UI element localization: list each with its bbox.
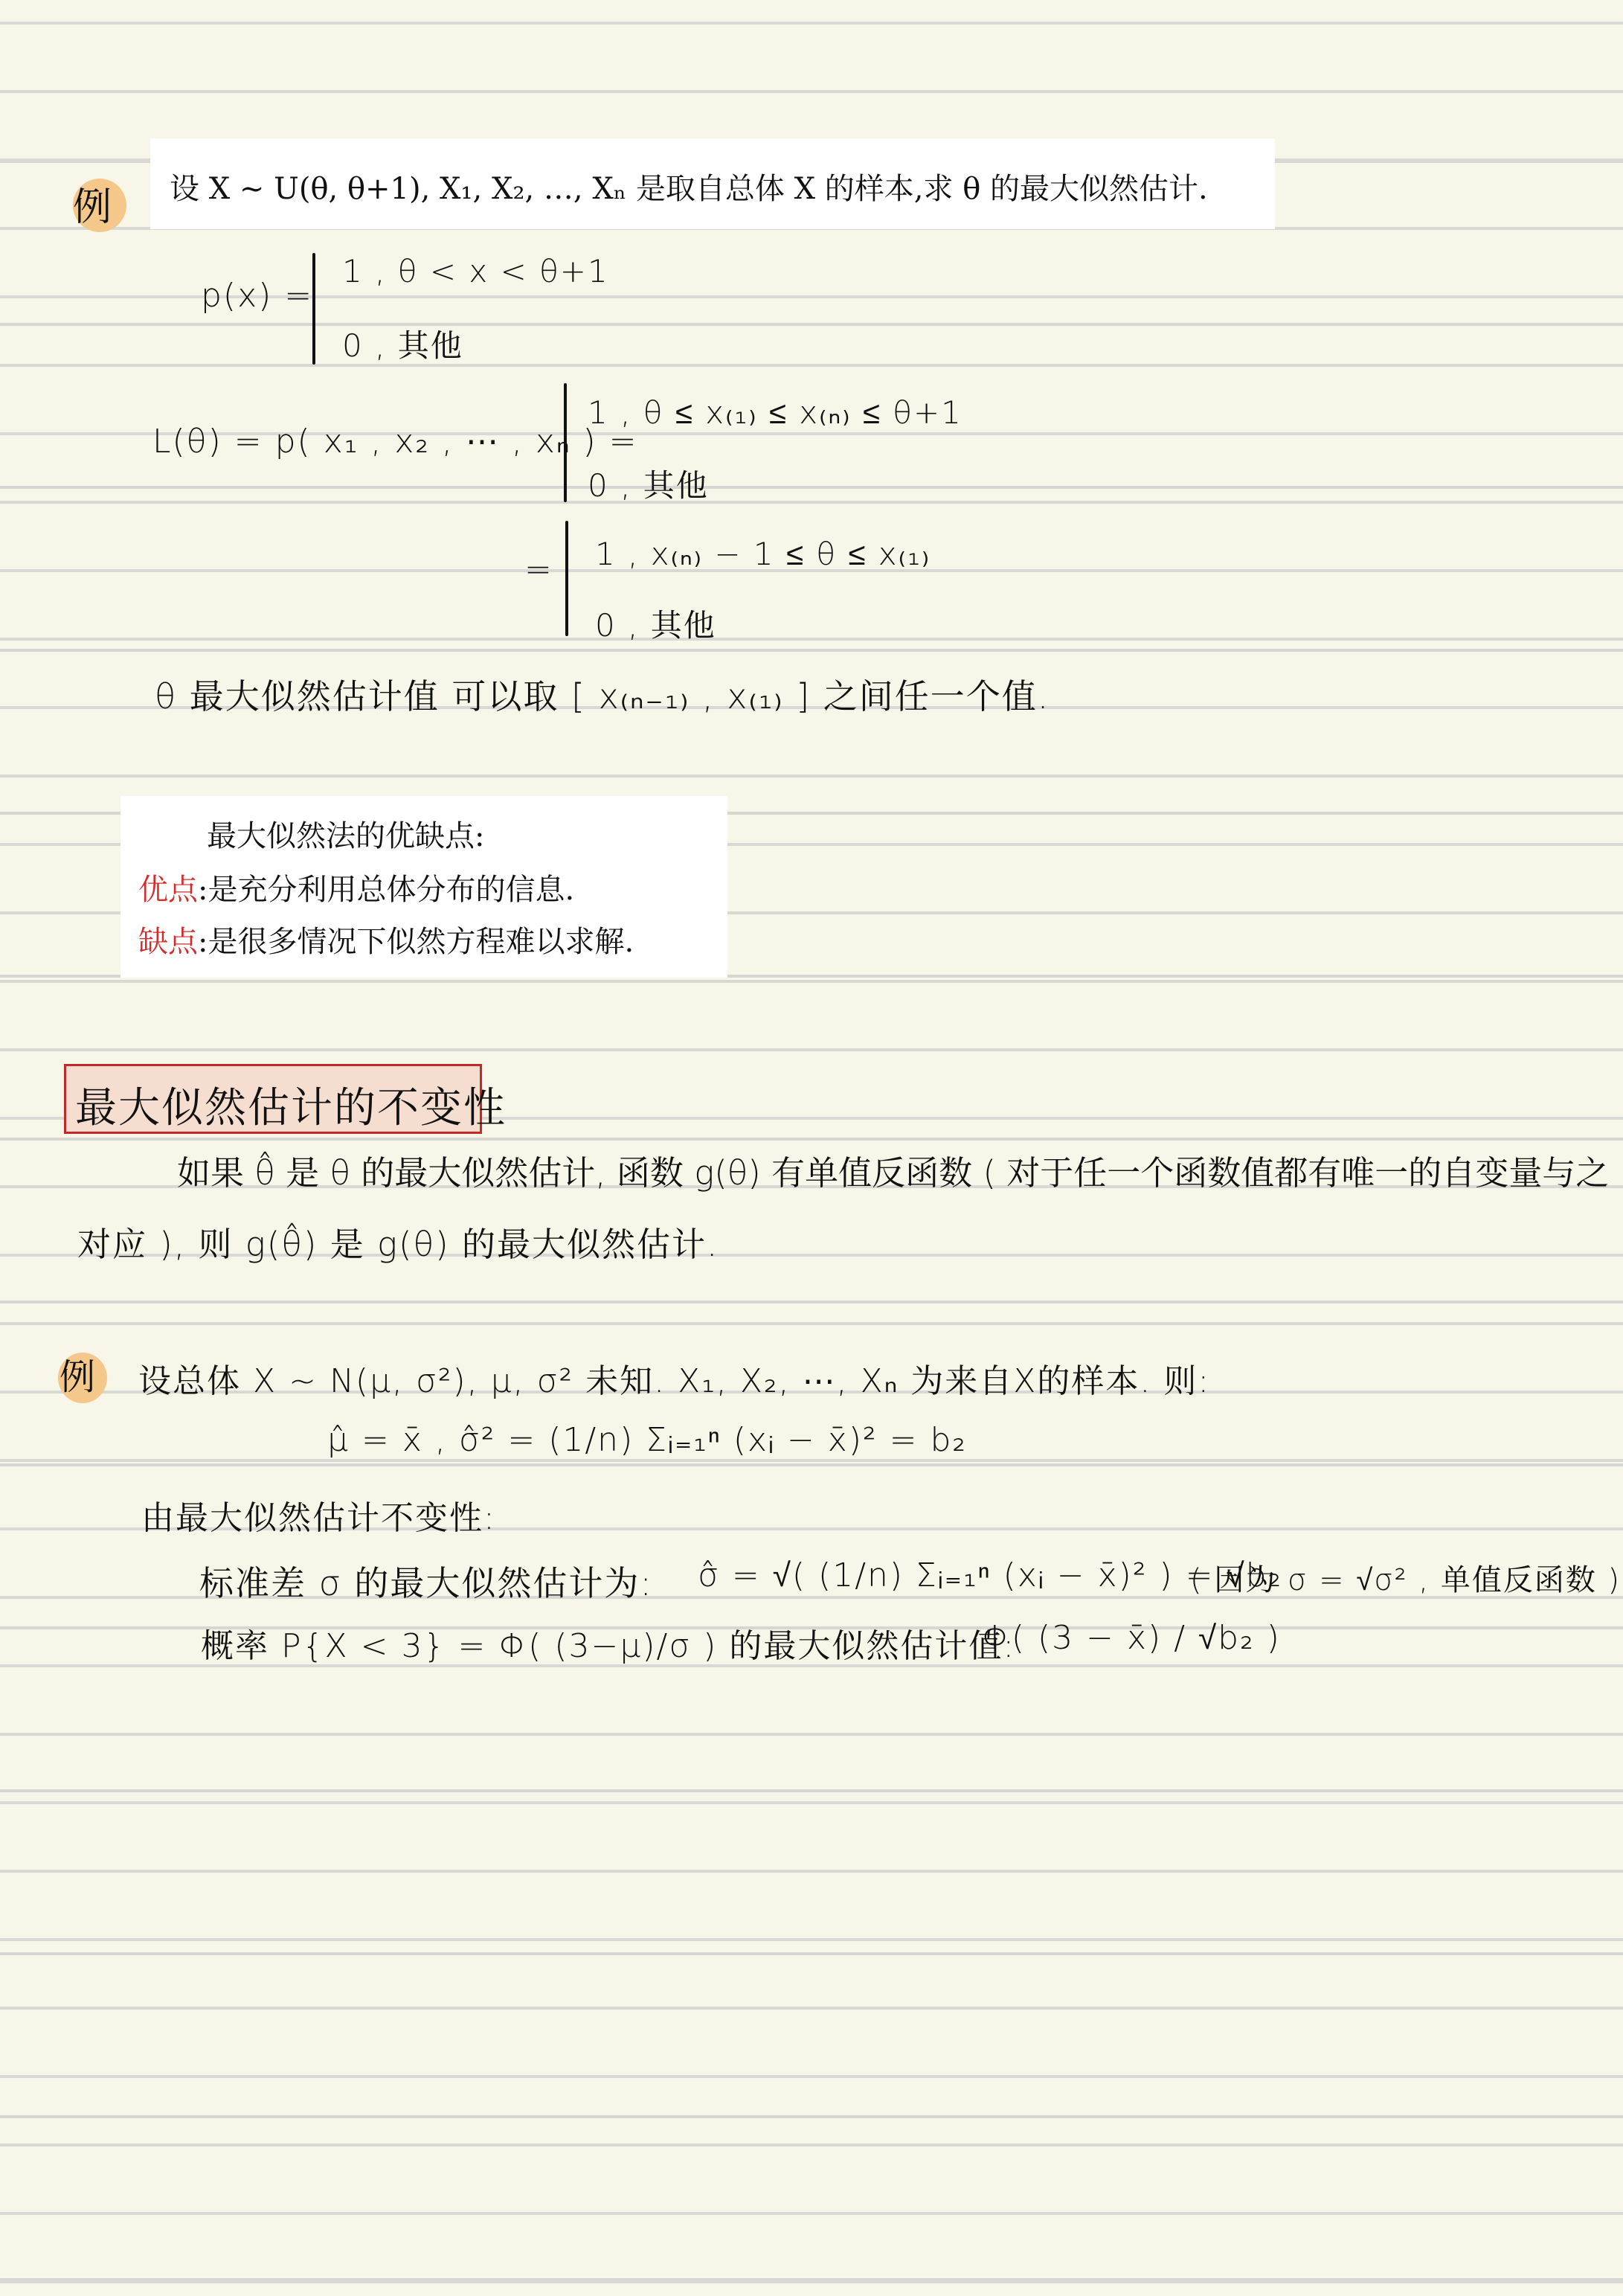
sd-label: 标准差 σ 的最大似然估计为: <box>199 1556 653 1606</box>
invariance-para-line-2: 对应 ), 则 g(θ̂) 是 g(θ) 的最大似然估计. <box>77 1217 719 1266</box>
problem-box-1: 设 X ~ U(θ, θ+1), X₁, X₂, …, Xₙ 是取自总体 X 的… <box>150 138 1275 229</box>
likelihood-brace <box>564 383 567 502</box>
cons-label: 缺点 <box>138 925 198 959</box>
pros-text: :是充分利用总体分布的信息. <box>198 873 574 907</box>
example-label-2: 例 <box>60 1348 95 1399</box>
sd-note: ( 因为 σ = √σ² , 单值反函数 ) <box>1190 1556 1621 1599</box>
section-heading: 最大似然估计的不变性 <box>75 1075 507 1135</box>
mle-estimates: μ̂ = x̄ , σ̂² = (1/n) Σᵢ₌₁ⁿ (xᵢ − x̄)² =… <box>327 1421 967 1459</box>
likelihood2-case-2: 0 , 其他 <box>595 601 716 646</box>
likelihood-brace-2 <box>565 521 568 636</box>
pros-cons-title: 最大似然法的优缺点: <box>207 812 484 855</box>
likelihood-case-1: 1 , θ ≤ x₍₁₎ ≤ x₍ₙ₎ ≤ θ+1 <box>588 394 962 431</box>
invariance-para-line-1: 如果 θ̂ 是 θ 的最大似然估计, 函数 g(θ) 有单值反函数 ( 对于任一… <box>177 1146 1609 1194</box>
conclusion-text-1: θ 最大似然估计值 可以取 [ x₍ₙ₋₁₎ , x₍₁₎ ] 之间任一个值. <box>155 670 1050 719</box>
problem-text-2: 设总体 X ~ N(μ, σ²), μ, σ² 未知. X₁, X₂, ⋯, X… <box>138 1354 1210 1402</box>
pros-label: 优点 <box>138 873 198 907</box>
likelihood-case-2: 0 , 其他 <box>588 461 709 506</box>
prob-label: 概率 P{X < 3} = Φ( (3−μ)/σ ) 的最大似然估计值: <box>201 1619 1015 1667</box>
pdf-case-2: 0 , 其他 <box>342 321 463 366</box>
problem-text-1: 设 X ~ U(θ, θ+1), X₁, X₂, …, Xₙ 是取自总体 X 的… <box>170 165 1208 208</box>
invariance-intro: 由最大似然估计不变性: <box>141 1491 496 1539</box>
likelihood-eq-2: = <box>524 551 553 589</box>
pros-line: 优点:是充分利用总体分布的信息. <box>138 866 574 908</box>
section-heading-box: 最大似然估计的不变性 <box>64 1064 482 1134</box>
pros-cons-box: 最大似然法的优缺点: 优点:是充分利用总体分布的信息. 缺点:是很多情况下似然方… <box>120 796 727 978</box>
pdf-lhs: p(x) = <box>201 277 313 315</box>
cons-line: 缺点:是很多情况下似然方程难以求解. <box>138 918 634 961</box>
pdf-brace <box>312 253 315 365</box>
prob-formula: Φ( (3 − x̄) / √b₂ ) <box>982 1619 1281 1657</box>
cons-text: :是很多情况下似然方程难以求解. <box>198 925 634 959</box>
likelihood2-case-1: 1 , x₍ₙ₎ − 1 ≤ θ ≤ x₍₁₎ <box>595 536 931 572</box>
pdf-case-1: 1 , θ < x < θ+1 <box>342 253 609 289</box>
example-label-1: 例 <box>73 176 112 231</box>
